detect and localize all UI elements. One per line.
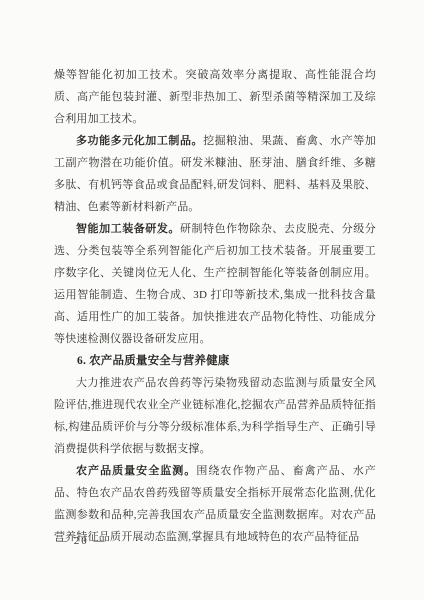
document-page: 燥等智能化初加工技术。突破高效率分离提取、高性能混合均质、高产能包装封灌、新型非… [0, 0, 424, 600]
paragraph-multifunction-lead: 多功能多元化加工制品。 [76, 135, 203, 147]
paragraph-quality-monitoring-lead: 农产品质量安全监测。 [76, 465, 196, 477]
paragraph-smart-equipment: 智能加工装备研发。研制特色作物除杂、去皮脱壳、分级分选、分类包装等全系列智能化产… [54, 218, 376, 350]
paragraph-quality-safety-intro: 大力推进农产品农兽药等污染物残留动态监测与质量安全风险评估,推进现代农业全产业链… [54, 372, 376, 460]
paragraph-quality-safety-intro-text: 大力推进农产品农兽药等污染物残留动态监测与质量安全风险评估,推进现代农业全产业链… [54, 377, 376, 455]
page-number: — 20 — [56, 532, 107, 550]
paragraph-multifunction-products: 多功能多元化加工制品。挖掘粮油、果蔬、畜禽、水产等加工副产物潜在功能价值。研发米… [54, 130, 376, 218]
section-heading: 6. 农产品质量安全与营养健康 [54, 350, 376, 372]
text-block: 燥等智能化初加工技术。突破高效率分离提取、高性能混合均质、高产能包装封灌、新型非… [54, 64, 376, 548]
paragraph-smart-equipment-lead: 智能加工装备研发。 [76, 223, 180, 235]
paragraph-continuation-text: 燥等智能化初加工技术。突破高效率分离提取、高性能混合均质、高产能包装封灌、新型非… [54, 69, 376, 125]
paragraph-smart-equipment-body: 研制特色作物除杂、去皮脱壳、分级分选、分类包装等全系列智能化产后初加工技术装备。… [54, 223, 376, 345]
paragraph-continuation: 燥等智能化初加工技术。突破高效率分离提取、高性能混合均质、高产能包装封灌、新型非… [54, 64, 376, 130]
